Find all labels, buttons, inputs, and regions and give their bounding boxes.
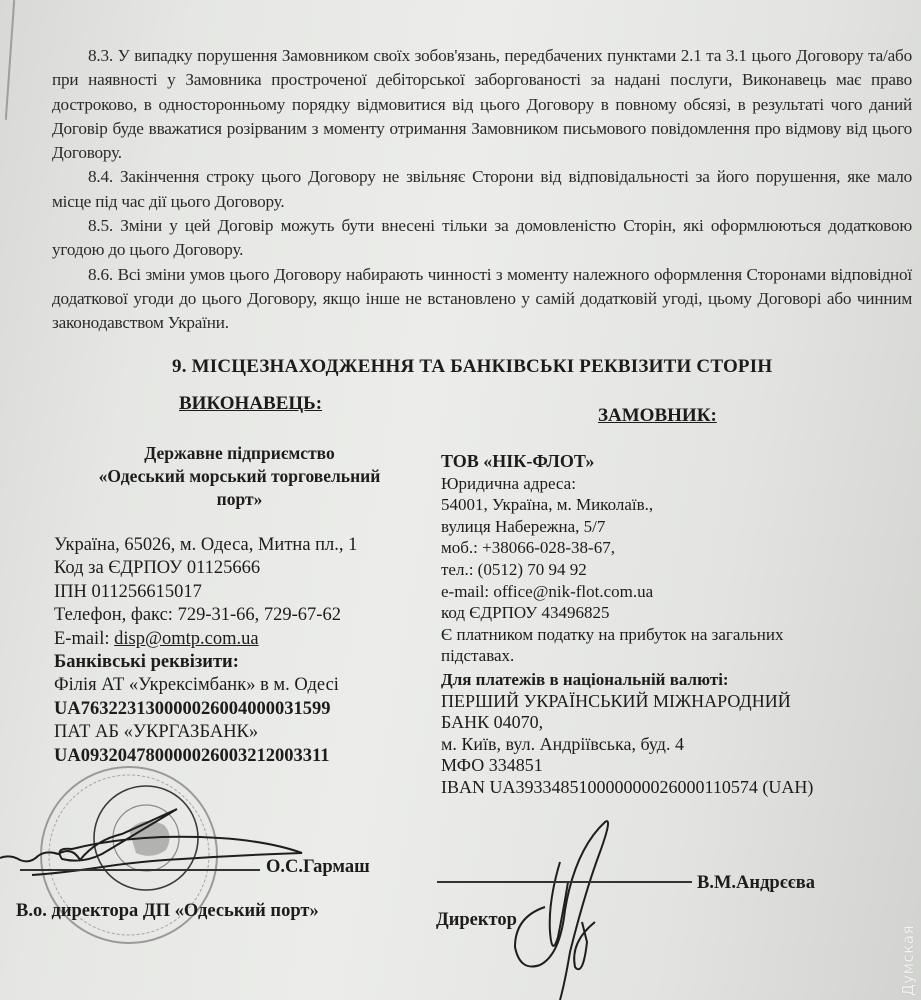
contractor-org-line: порт» — [82, 488, 397, 511]
customer-signature-icon — [500, 812, 640, 1000]
customer-details: ТОВ «НІК-ФЛОТ» Юридична адреса: 54001, У… — [441, 451, 881, 799]
section-title: 9. МІСЦЕЗНАХОДЖЕННЯ ТА БАНКІВСЬКІ РЕКВІЗ… — [172, 356, 772, 378]
contract-clauses: 8.3. У випадку порушення Замовником свої… — [52, 44, 912, 336]
contractor-phone: Телефон, факс: 729-31-66, 729-67-62 — [54, 604, 357, 627]
clause-8-5: 8.5. Зміни у цей Договір можуть бути вне… — [52, 214, 912, 263]
contractor-bank2-name: ПАТ АБ «УКРГАЗБАНК» — [54, 721, 357, 744]
contractor-address: Україна, 65026, м. Одеса, Митна пл., 1 — [54, 534, 357, 557]
customer-tax-status: Є платником податку на прибуток на загал… — [441, 624, 881, 646]
customer-iban: IBAN UA393348510000000026000110574 (UAH) — [441, 777, 881, 799]
contractor-email-link[interactable]: disp@omtp.com.ua — [114, 629, 258, 649]
clause-8-3: 8.3. У випадку порушення Замовником свої… — [52, 44, 912, 165]
customer-phone: тел.: (0512) 70 94 92 — [441, 559, 881, 581]
customer-signature-line — [437, 881, 692, 883]
customer-email: e-mail: office@nik-flot.com.ua — [441, 581, 881, 603]
customer-organization: ТОВ «НІК-ФЛОТ» — [441, 451, 881, 473]
contractor-organization: Державне підприємство «Одеський морський… — [82, 442, 397, 511]
source-watermark: Думская — [899, 925, 917, 996]
contractor-signatory-position: В.о. директора ДП «Одеський порт» — [16, 901, 319, 922]
customer-mfo: МФО 334851 — [441, 755, 881, 777]
customer-bank-name: БАНК 04070, — [441, 712, 881, 734]
document-page: 8.3. У випадку порушення Замовником свої… — [0, 0, 921, 1000]
contractor-heading: ВИКОНАВЕЦЬ: — [179, 393, 322, 415]
contractor-email-row: E-mail: disp@omtp.com.ua — [54, 628, 357, 651]
customer-tax-status: підставах. — [441, 645, 881, 667]
customer-signatory-position: Директор — [436, 910, 517, 931]
customer-bank-name: ПЕРШИЙ УКРАЇНСЬКИЙ МІЖНАРОДНИЙ — [441, 691, 881, 713]
contractor-signature-line — [20, 869, 260, 871]
contractor-org-line: «Одеський морський торговельний — [82, 465, 397, 488]
customer-mobile: моб.: +38066-028-38-67, — [441, 537, 881, 559]
customer-address-line: 54001, Україна, м. Миколаїв., — [441, 494, 881, 516]
contractor-details: Україна, 65026, м. Одеса, Митна пл., 1 К… — [54, 534, 357, 768]
contractor-edrpou: Код за ЄДРПОУ 01125666 — [54, 557, 357, 580]
clause-8-6: 8.6. Всі зміни умов цього Договору набир… — [52, 263, 912, 336]
contractor-bank1-name: Філія АТ «Укрексімбанк» в м. Одесі — [54, 674, 357, 697]
contractor-signatory-name: О.С.Гармаш — [266, 857, 370, 878]
contractor-bank-heading: Банківські реквізити: — [54, 651, 357, 674]
customer-bank-heading: Для платежів в національній валюті: — [441, 669, 881, 691]
contractor-email-label: E-mail: — [54, 629, 114, 649]
contractor-bank1-iban: UA763223130000026004000031599 — [54, 698, 357, 721]
customer-edrpou: код ЄДРПОУ 43496825 — [441, 602, 881, 624]
contractor-ipn: ІПН 011256615017 — [54, 581, 357, 604]
customer-signatory-name: В.М.Андрєєва — [697, 873, 815, 894]
contractor-org-line: Державне підприємство — [82, 442, 397, 465]
customer-address-line: вулиця Набережна, 5/7 — [441, 516, 881, 538]
customer-bank-address: м. Київ, вул. Андріївська, буд. 4 — [441, 734, 881, 756]
customer-heading: ЗАМОВНИК: — [598, 405, 717, 427]
customer-legal-address-label: Юридична адреса: — [441, 473, 881, 495]
clause-8-4: 8.4. Закінчення строку цього Договору не… — [52, 165, 912, 214]
page-edge — [5, 0, 15, 120]
